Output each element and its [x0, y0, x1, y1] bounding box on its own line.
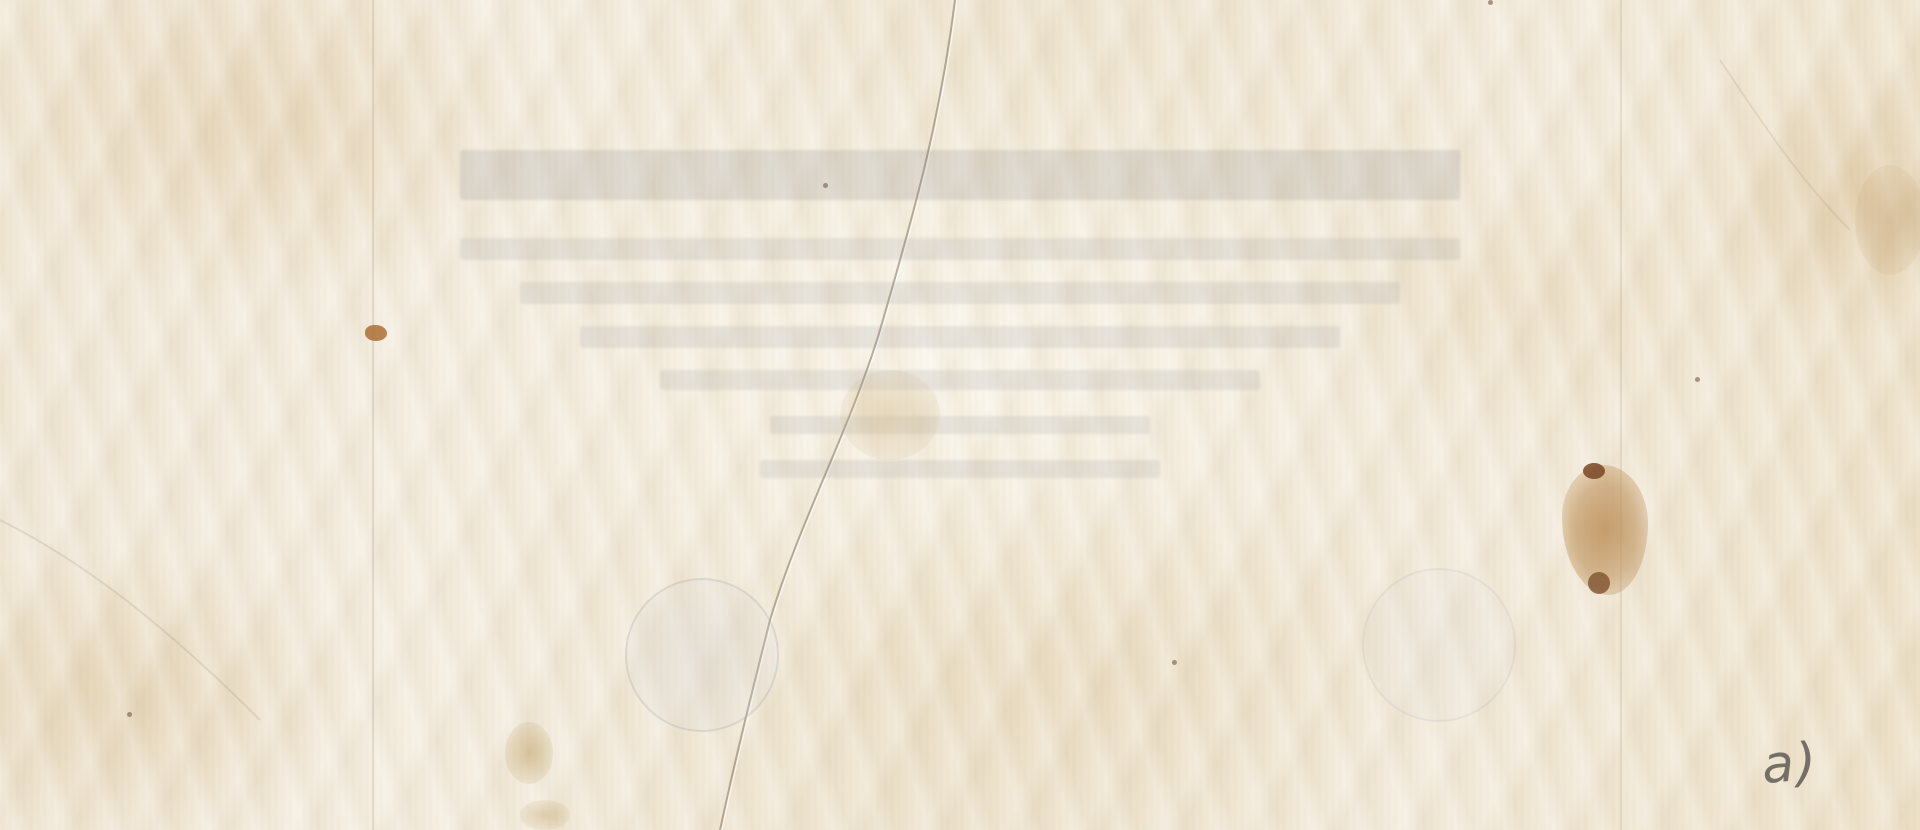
- stain-faint: [520, 800, 570, 830]
- ghost-line: [520, 282, 1400, 304]
- ghost-line: [760, 460, 1160, 478]
- show-through-text: [440, 150, 1480, 478]
- stain-large: [1562, 465, 1648, 595]
- paper-sheet: a): [0, 0, 1920, 830]
- stain-faint: [505, 722, 553, 784]
- ghost-line: [660, 370, 1260, 390]
- speck: [1172, 660, 1177, 665]
- paper-wrinkle-texture: [0, 0, 1920, 830]
- stain-dot: [1588, 572, 1610, 594]
- seal-impression-right: [1362, 568, 1516, 722]
- stain-faint: [1855, 165, 1920, 275]
- speck: [127, 712, 132, 717]
- diagonal-crease: [0, 0, 1920, 830]
- ghost-heading: [460, 150, 1460, 200]
- fold-line-left: [372, 0, 374, 830]
- ghost-line: [580, 326, 1340, 348]
- stain-dot: [1583, 463, 1605, 479]
- speck: [1695, 377, 1700, 382]
- handwritten-label: a): [1760, 736, 1820, 792]
- ghost-line: [770, 416, 1150, 434]
- seal-impression-left: [625, 578, 779, 732]
- speck: [1488, 0, 1493, 5]
- speck: [823, 183, 828, 188]
- stain-faint: [840, 370, 940, 460]
- fold-line-right: [1620, 0, 1622, 830]
- ghost-line: [460, 238, 1460, 260]
- stain-small: [365, 325, 387, 341]
